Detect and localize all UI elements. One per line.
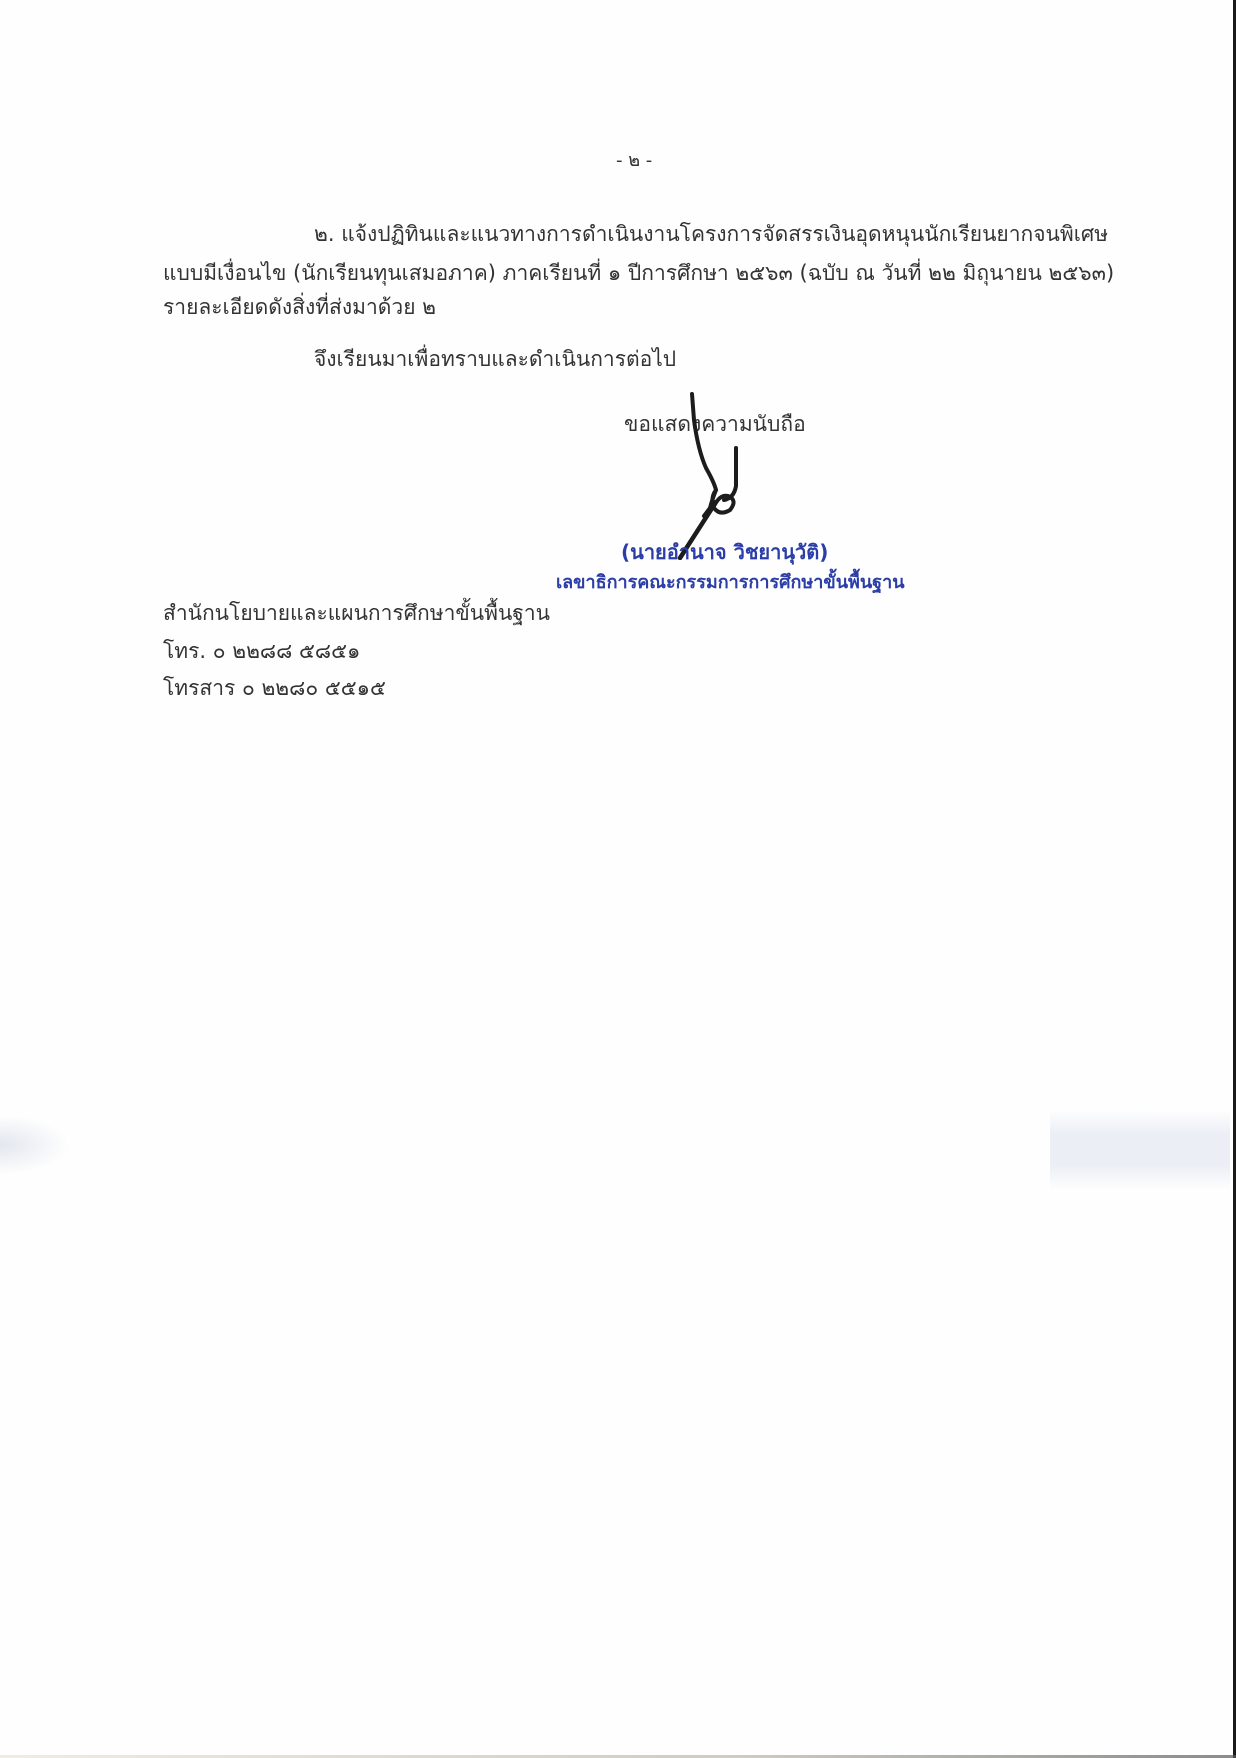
closing-sentence: จึงเรียนมาเพื่อทราบและดำเนินการต่อไป <box>314 346 676 372</box>
phone-number: โทร. ๐ ๒๒๘๘ ๕๘๕๑ <box>163 638 360 664</box>
scanned-document-page: - ๒ - ๒. แจ้งปฏิทินและแนวทางการดำเนินงาน… <box>0 0 1236 1758</box>
page-number: - ๒ - <box>616 148 652 174</box>
issuing-office: สำนักนโยบายและแผนการศึกษาขั้นพื้นฐาน <box>163 600 550 626</box>
scan-artifact <box>1050 1110 1230 1190</box>
signer-title: เลขาธิการคณะกรรมการการศึกษาขั้นพื้นฐาน <box>556 570 905 596</box>
item-2-line-1: ๒. แจ้งปฏิทินและแนวทางการดำเนินงานโครงกา… <box>314 221 1108 247</box>
scan-artifact <box>0 1115 70 1175</box>
item-2-line-2: แบบมีเงื่อนไข (นักเรียนทุนเสมอภาค) ภาคเร… <box>163 260 1114 286</box>
signer-name: (นายอำนาจ วิชยานุวัติ) <box>621 539 828 565</box>
signature-icon <box>640 390 760 560</box>
item-2-line-3: รายละเอียดดังสิ่งที่ส่งมาด้วย ๒ <box>163 294 436 320</box>
fax-number: โทรสาร ๐ ๒๒๘๐ ๕๕๑๕ <box>163 675 386 701</box>
